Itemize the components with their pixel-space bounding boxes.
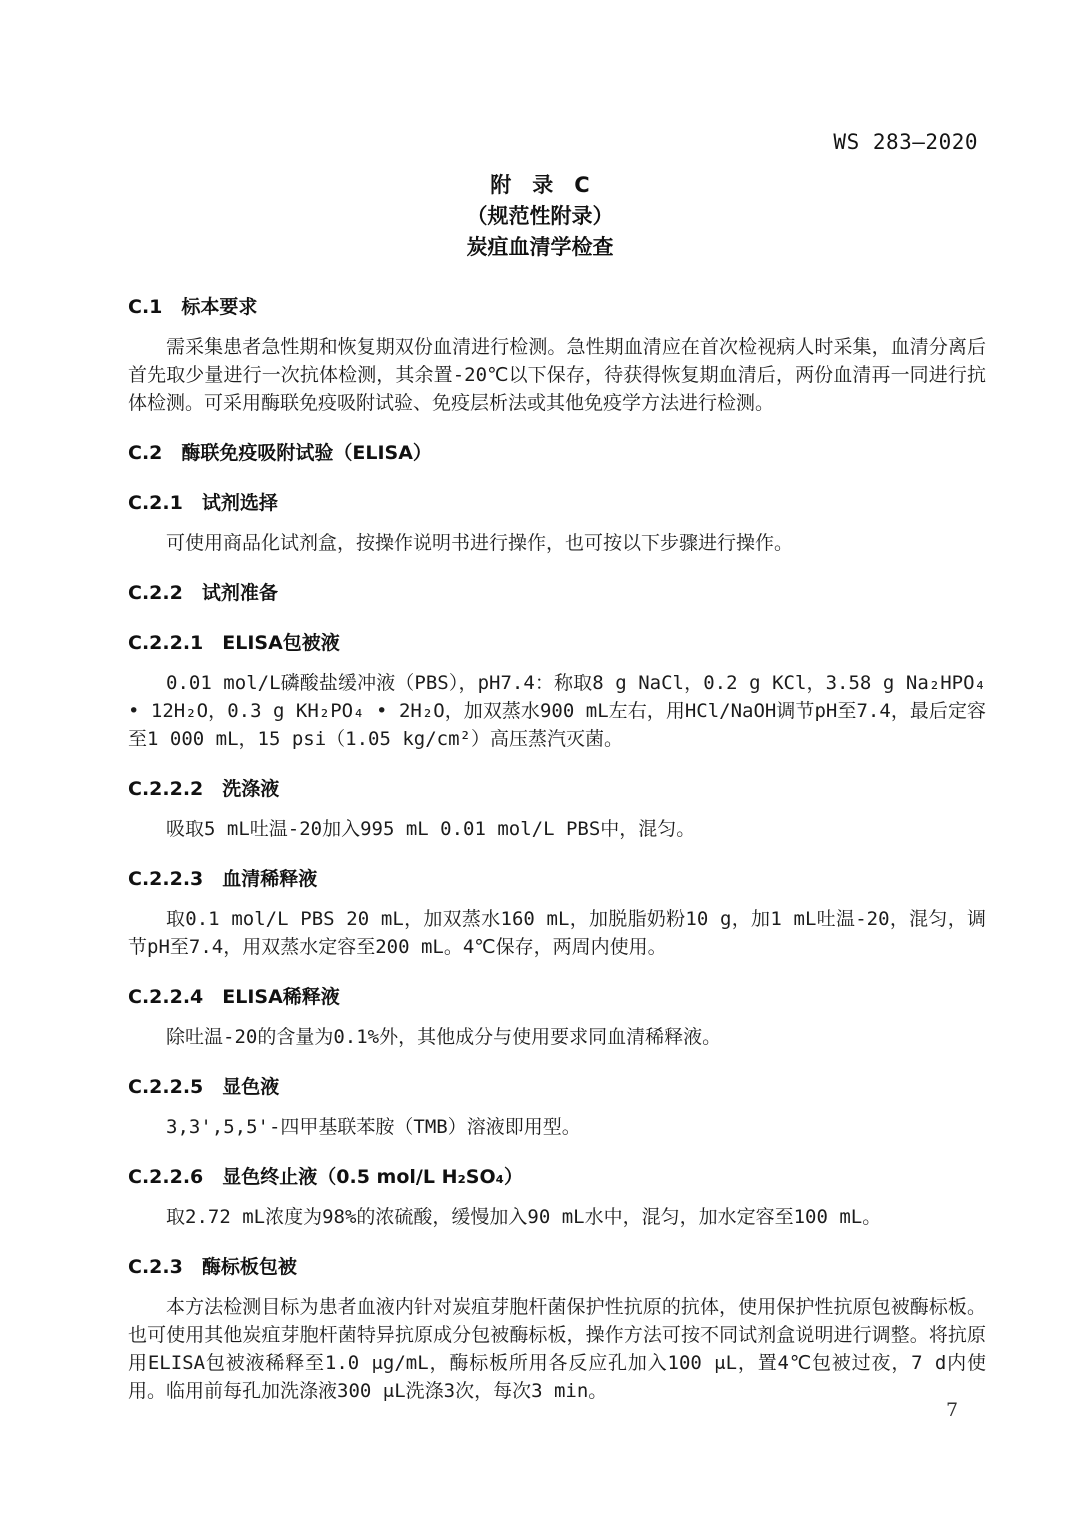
section-title: 酶联免疫吸附试验（ELISA）: [181, 439, 432, 467]
document-page: WS 283—2020 附 录 C （规范性附录） 炭疽血清学检查 C.1标本要…: [0, 0, 1080, 1526]
heading-c-2: C.2酶联免疫吸附试验（ELISA）: [128, 439, 986, 467]
page-number: 7: [946, 1399, 958, 1421]
section-title: ELISA包被液: [222, 629, 340, 657]
heading-c-2-3: C.2.3酶标板包被: [128, 1253, 986, 1281]
heading-c-2-2-2: C.2.2.2洗涤液: [128, 775, 986, 803]
heading-c-2-2-1: C.2.2.1ELISA包被液: [128, 629, 986, 657]
section-number: C.2.2: [128, 579, 183, 607]
section-number: C.2: [128, 439, 162, 467]
section-number: C.2.2.5: [128, 1073, 203, 1101]
para-c-2-2-6: 取2.72 mL浓度为98%的浓硫酸，缓慢加入90 mL水中，混匀，加水定容至1…: [128, 1203, 986, 1231]
para-c-2-1: 可使用商品化试剂盒，按操作说明书进行操作，也可按以下步骤进行操作。: [128, 529, 986, 557]
section-number: C.1: [128, 293, 162, 321]
section-number: C.2.1: [128, 489, 183, 517]
para-c-2-2-2: 吸取5 mL吐温-20加入995 mL 0.01 mol/L PBS中，混匀。: [128, 815, 986, 843]
section-title: ELISA稀释液: [222, 983, 340, 1011]
doc-number: WS 283—2020: [833, 130, 978, 154]
section-number: C.2.2.3: [128, 865, 203, 893]
appendix-title-block: 附 录 C （规范性附录） 炭疽血清学检查: [0, 170, 1080, 263]
para-c-2-2-1: 0.01 mol/L磷酸盐缓冲液（PBS），pH7.4：称取8 g NaCl，0…: [128, 669, 986, 753]
para-c-2-2-5: 3,3',5,5'-四甲基联苯胺（TMB）溶液即用型。: [128, 1113, 986, 1141]
section-title: 试剂准备: [202, 579, 278, 607]
section-title: 洗涤液: [222, 775, 279, 803]
appendix-name: 炭疽血清学检查: [0, 232, 1080, 263]
heading-c-2-2-6: C.2.2.6显色终止液（0.5 mol/L H₂SO₄）: [128, 1163, 986, 1191]
para-c-1: 需采集患者急性期和恢复期双份血清进行检测。急性期血清应在首次检视病人时采集，血清…: [128, 333, 986, 417]
heading-c-2-2-3: C.2.2.3血清稀释液: [128, 865, 986, 893]
section-title: 酶标板包被: [202, 1253, 297, 1281]
document-body: C.1标本要求 需采集患者急性期和恢复期双份血清进行检测。急性期血清应在首次检视…: [128, 293, 986, 1405]
section-number: C.2.3: [128, 1253, 183, 1281]
section-title: 标本要求: [181, 293, 257, 321]
section-number: C.2.2.4: [128, 983, 203, 1011]
section-title: 试剂选择: [202, 489, 278, 517]
para-c-2-3: 本方法检测目标为患者血液内针对炭疽芽胞杆菌保护性抗原的抗体，使用保护性抗原包被酶…: [128, 1293, 986, 1405]
heading-c-2-2-5: C.2.2.5显色液: [128, 1073, 986, 1101]
heading-c-1: C.1标本要求: [128, 293, 986, 321]
section-title: 显色液: [222, 1073, 279, 1101]
heading-c-2-2-4: C.2.2.4ELISA稀释液: [128, 983, 986, 1011]
section-title: 血清稀释液: [222, 865, 317, 893]
para-c-2-2-4: 除吐温-20的含量为0.1%外，其他成分与使用要求同血清稀释液。: [128, 1023, 986, 1051]
section-title: 显色终止液（0.5 mol/L H₂SO₄）: [222, 1163, 523, 1191]
heading-c-2-2: C.2.2试剂准备: [128, 579, 986, 607]
appendix-subtitle: （规范性附录）: [0, 201, 1080, 232]
para-c-2-2-3: 取0.1 mol/L PBS 20 mL，加双蒸水160 mL，加脱脂奶粉10 …: [128, 905, 986, 961]
section-number: C.2.2.1: [128, 629, 203, 657]
section-number: C.2.2.2: [128, 775, 203, 803]
appendix-title: 附 录 C: [0, 170, 1080, 201]
section-number: C.2.2.6: [128, 1163, 203, 1191]
heading-c-2-1: C.2.1试剂选择: [128, 489, 986, 517]
